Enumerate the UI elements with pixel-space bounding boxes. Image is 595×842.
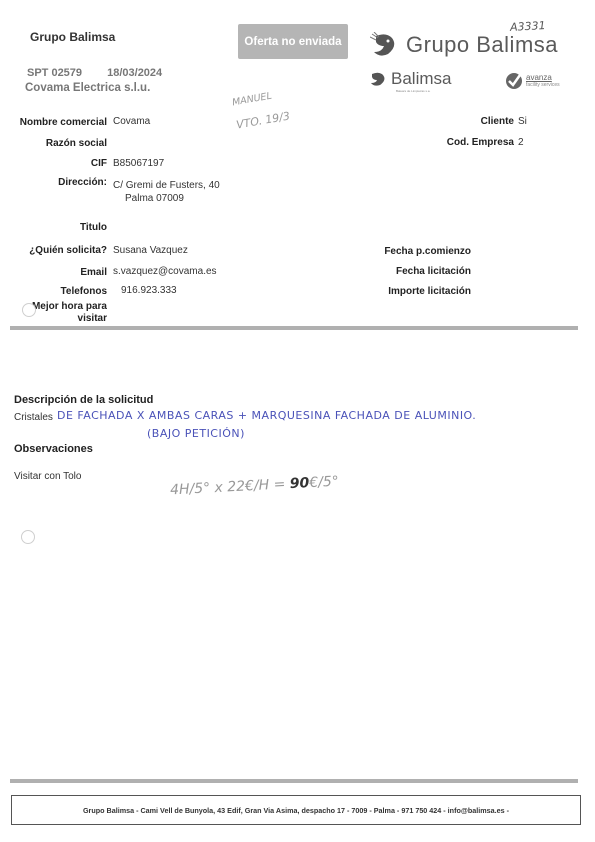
handwritten-due-date: VTO. 19/3 xyxy=(235,109,291,131)
value-direccion: C/ Gremi de Fusters, 40 xyxy=(113,180,220,191)
grupo-balimsa-logo: Grupo Balimsa xyxy=(370,32,558,58)
calc-suffix: €/5° xyxy=(309,474,339,492)
handwritten-calculation: 4H/5° x 22€/H = 90€/5° xyxy=(170,474,339,499)
handwritten-manuel: MANUEL xyxy=(231,91,272,109)
handwritten-description: DE FACHADA X AMBAS CARAS + MARQUESINA FA… xyxy=(57,409,476,422)
avanza-tagline: facility services xyxy=(526,82,560,89)
value-email: s.vazquez@covama.es xyxy=(113,266,217,277)
label-titulo: Titulo xyxy=(80,222,107,233)
logo-main-text: Grupo Balimsa xyxy=(406,32,558,58)
label-cliente: Cliente xyxy=(481,116,514,127)
footer-text: Grupo Balimsa - Cami Vell de Bunyola, 43… xyxy=(83,806,509,815)
observations-text: Visitar con Tolo xyxy=(14,471,81,482)
label-razon-social: Razón social xyxy=(46,138,107,149)
avanza-logo: avanza facility services xyxy=(505,72,560,90)
status-badge: Oferta no enviada xyxy=(238,24,348,59)
footer-divider xyxy=(10,779,578,783)
punch-hole xyxy=(21,530,35,544)
label-fecha-licitacion: Fecha licitación xyxy=(396,266,471,277)
value-telefonos: 916.923.333 xyxy=(121,285,177,296)
description-text: Cristales xyxy=(14,412,53,423)
label-nombre-comercial: Nombre comercial xyxy=(20,117,107,128)
calc-result: 90 xyxy=(289,475,309,492)
reference-date: 18/03/2024 xyxy=(107,67,162,79)
footer: Grupo Balimsa - Cami Vell de Bunyola, 43… xyxy=(11,795,581,825)
logo-sub-tagline: Balears de Limpiezas s.a. xyxy=(396,89,430,93)
calc-prefix: 4H/5° x 22€/H = xyxy=(170,476,291,498)
value-cod-empresa: 2 xyxy=(518,137,524,148)
observations-title: Observaciones xyxy=(14,443,93,455)
check-badge-icon xyxy=(505,72,523,90)
value-cliente: Si xyxy=(518,116,527,127)
value-cif: B85067197 xyxy=(113,158,164,169)
reference-code: SPT 02579 xyxy=(27,67,82,79)
punch-hole xyxy=(22,303,36,317)
bird-icon xyxy=(368,71,388,87)
label-email: Email xyxy=(80,267,107,278)
reference-line: SPT 02579 18/03/2024 xyxy=(27,67,162,79)
value-nombre-comercial: Covama xyxy=(113,116,150,127)
logo-sub-text: Balimsa xyxy=(391,69,451,89)
label-cod-empresa: Cod. Empresa xyxy=(447,137,514,148)
avanza-name: avanza xyxy=(526,74,560,82)
label-telefonos: Telefonos xyxy=(61,286,107,297)
company-name: Grupo Balimsa xyxy=(30,30,115,44)
label-quien-solicita: ¿Quién solicita? xyxy=(29,245,107,256)
label-direccion: Dirección: xyxy=(58,177,107,188)
description-title: Descripción de la solicitud xyxy=(14,394,153,406)
section-divider xyxy=(10,326,578,330)
label-importe-licitacion: Importe licitación xyxy=(388,286,471,297)
label-mejor-hora: Mejor hora para xyxy=(32,301,107,312)
bird-icon xyxy=(370,32,400,58)
client-name: Covama Electrica s.l.u. xyxy=(25,82,150,94)
label-cif: CIF xyxy=(91,158,107,169)
label-fecha-comienzo: Fecha p.comienzo xyxy=(384,246,471,257)
handwritten-description-2: (BAJO PETICIÓN) xyxy=(147,427,245,440)
value-direccion-city: Palma 07009 xyxy=(125,193,184,204)
balimsa-logo: Balimsa Balears de Limpiezas s.a. xyxy=(368,69,451,89)
label-mejor-hora-2: visitar xyxy=(78,313,107,324)
value-quien-solicita: Susana Vazquez xyxy=(113,245,188,256)
